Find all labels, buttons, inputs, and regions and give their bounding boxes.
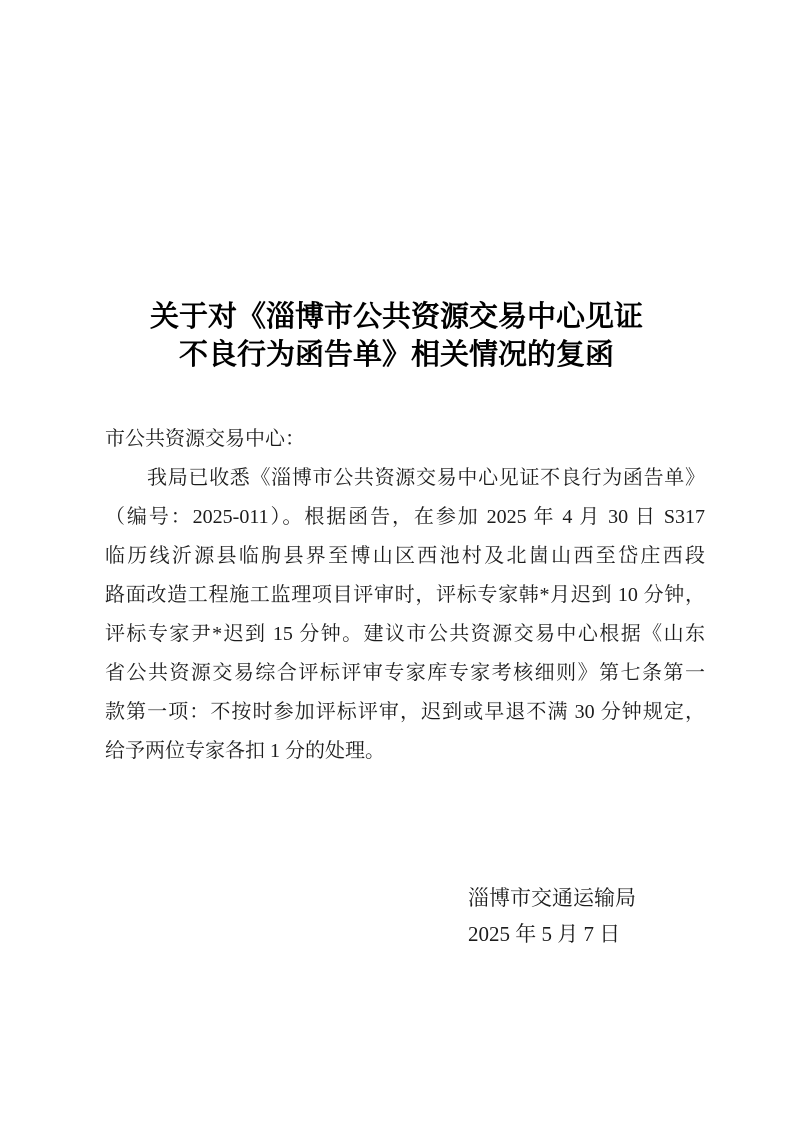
signature-date: 2025 年 5 月 7 日	[468, 916, 636, 952]
signature-block: 淄博市交通运输局 2025 年 5 月 7 日	[468, 880, 636, 952]
body-line: 路面改造工程施工监理项目评审时，评标专家韩*月迟到 10 分钟，	[105, 576, 705, 615]
signature-organization: 淄博市交通运输局	[468, 880, 636, 916]
body-line: 给予两位专家各扣 1 分的处理。	[105, 732, 705, 771]
body-line: （编号：2025-011）。根据函告，在参加 2025 年 4 月 30 日 S…	[105, 498, 705, 537]
document-title: 关于对《淄博市公共资源交易中心见证 不良行为函告单》相关情况的复函	[0, 298, 793, 374]
document-title-line2: 不良行为函告单》相关情况的复函	[0, 336, 793, 374]
body-line: 我局已收悉《淄博市公共资源交易中心见证不良行为函告单》	[105, 459, 705, 498]
body-line: 评标专家尹*迟到 15 分钟。建议市公共资源交易中心根据《山东	[105, 615, 705, 654]
document-body: 市公共资源交易中心： 我局已收悉《淄博市公共资源交易中心见证不良行为函告单》 （…	[105, 420, 705, 771]
document-page: 关于对《淄博市公共资源交易中心见证 不良行为函告单》相关情况的复函 市公共资源交…	[0, 0, 793, 1122]
document-title-line1: 关于对《淄博市公共资源交易中心见证	[0, 298, 793, 336]
salutation: 市公共资源交易中心：	[105, 420, 705, 459]
body-line: 款第一项：不按时参加评标评审，迟到或早退不满 30 分钟规定，	[105, 693, 705, 732]
body-line: 临历线沂源县临朐县界至博山区西池村及北崮山西至岱庄西段	[105, 537, 705, 576]
body-line: 省公共资源交易综合评标评审专家库专家考核细则》第七条第一	[105, 654, 705, 693]
